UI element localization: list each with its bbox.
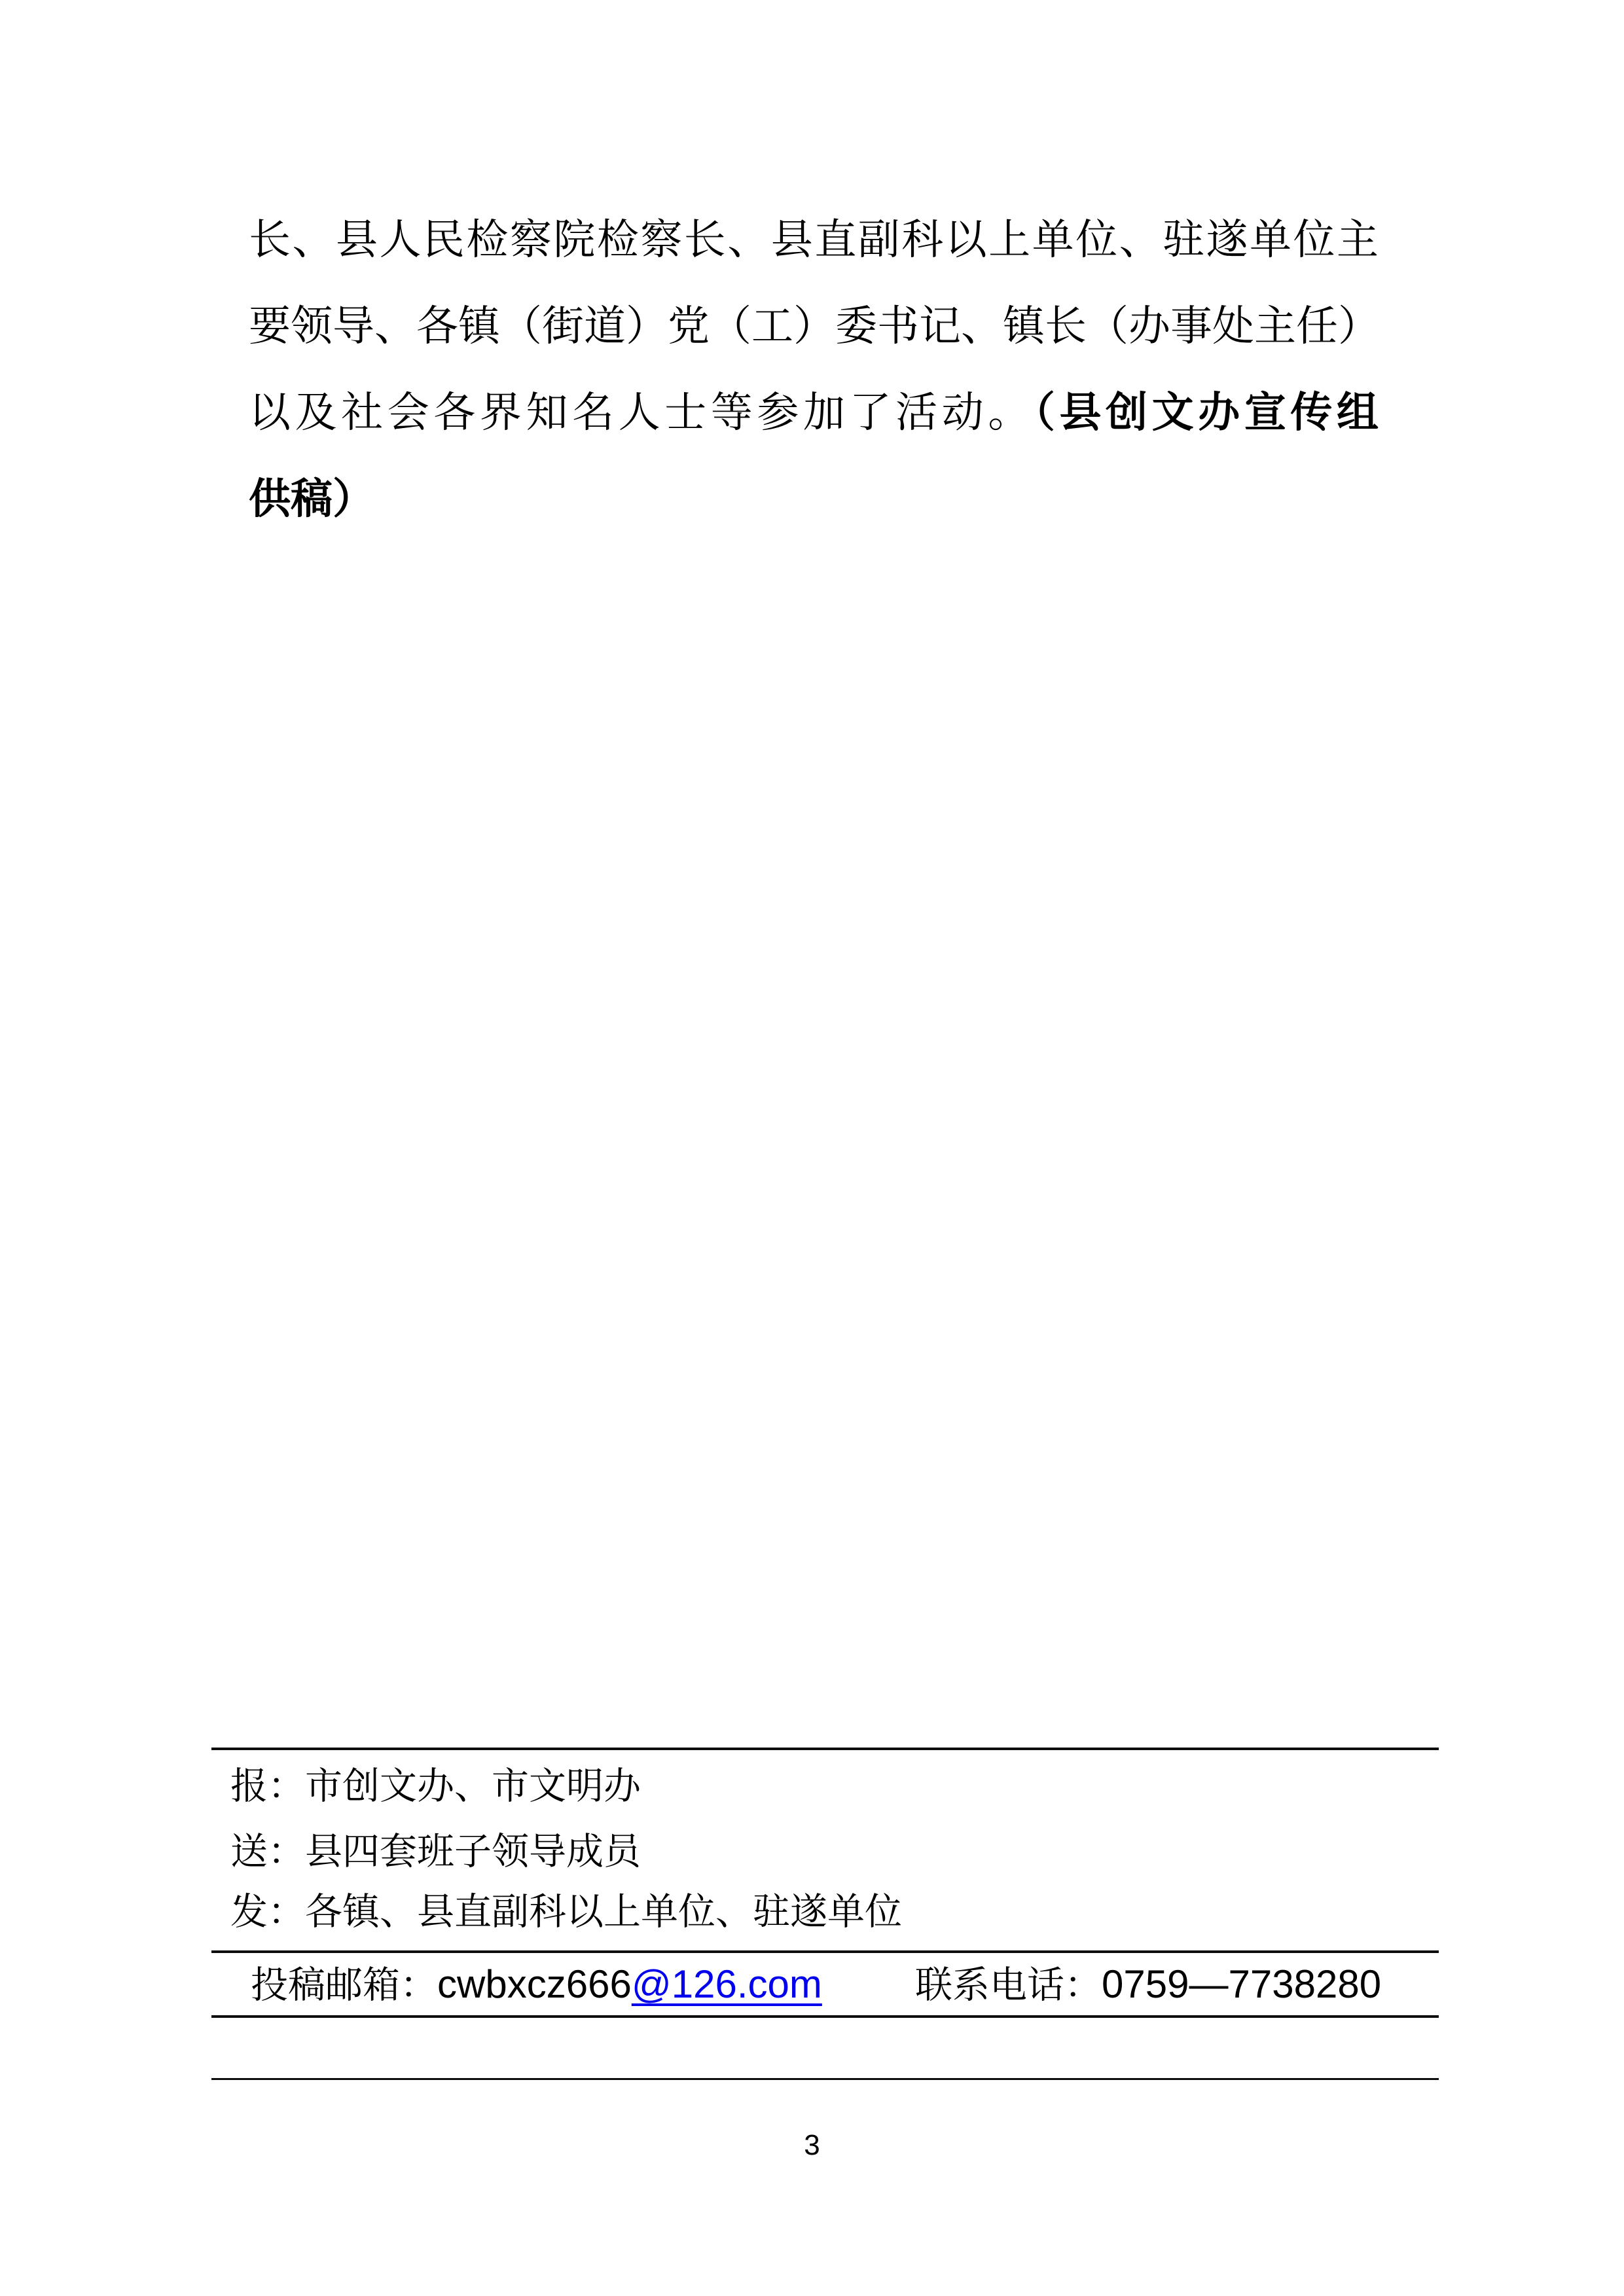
contact-phone-label: 联系电话： [915,1965,1102,2006]
report-line-text: 报：市创文办、市文明办 [230,1766,641,1807]
contact-box-bottom-rule [211,2015,1439,2018]
send-line-text: 送：县四套班子领导成员 [230,1831,641,1873]
paragraph-line-4-bold-credit: 供稿） [249,476,374,522]
contact-row: 投稿邮箱：cwbxcz666@126.com 联系电话：0759—7738280 [0,1962,1624,2015]
document-page: 长、县人民检察院检察长、县直副科以上单位、驻遂单位主 要领导、各镇（街道）党（工… [0,0,1624,2296]
contact-email-group: 投稿邮箱：cwbxcz666@126.com [251,1962,822,2008]
phone-number: 0759—7738280 [1102,1962,1381,2006]
distribute-line-text: 发：各镇、县直副科以上单位、驻遂单位 [230,1892,902,1933]
send-line: 送：县四套班子领导成员 [230,1830,1441,1874]
page-number: 3 [0,2130,1624,2161]
email-local-part: cwbxcz666 [437,1962,632,2006]
submission-email-label: 投稿邮箱： [251,1965,437,2006]
paragraph-line-1-text: 长、县人民检察院检察长、县直副科以上单位、驻遂单位主 [249,217,1379,263]
contact-phone-group: 联系电话：0759—7738280 [915,1962,1381,2008]
email-domain-link[interactable]: @126.com [632,1962,822,2006]
paragraph-line-2-text: 要领导、各镇（街道）党（工）委书记、镇长（办事处主任） [249,303,1380,350]
paragraph-line-3-bold-credit: （县创文办宣传组 [1034,389,1379,436]
footer-bottom-rule [211,2078,1439,2080]
paragraph-line-4: 供稿） [249,456,1379,543]
distribute-line: 发：各镇、县直副科以上单位、驻遂单位 [230,1890,1441,1935]
paragraph-line-3: 以及社会各界知名人士等参加了活动。（县创文办宣传组 [249,370,1379,456]
contact-box-top-rule [211,1950,1439,1953]
paragraph-line-2: 要领导、各镇（街道）党（工）委书记、镇长（办事处主任） [249,283,1379,370]
body-paragraph: 长、县人民检察院检察长、县直副科以上单位、驻遂单位主 要领导、各镇（街道）党（工… [249,197,1379,543]
footer-top-rule [211,1748,1439,1750]
report-line: 报：市创文办、市文明办 [230,1765,1441,1809]
paragraph-line-1: 长、县人民检察院检察长、县直副科以上单位、驻遂单位主 [249,197,1379,283]
paragraph-line-3-text: 以及社会各界知名人士等参加了活动。 [249,389,1034,436]
